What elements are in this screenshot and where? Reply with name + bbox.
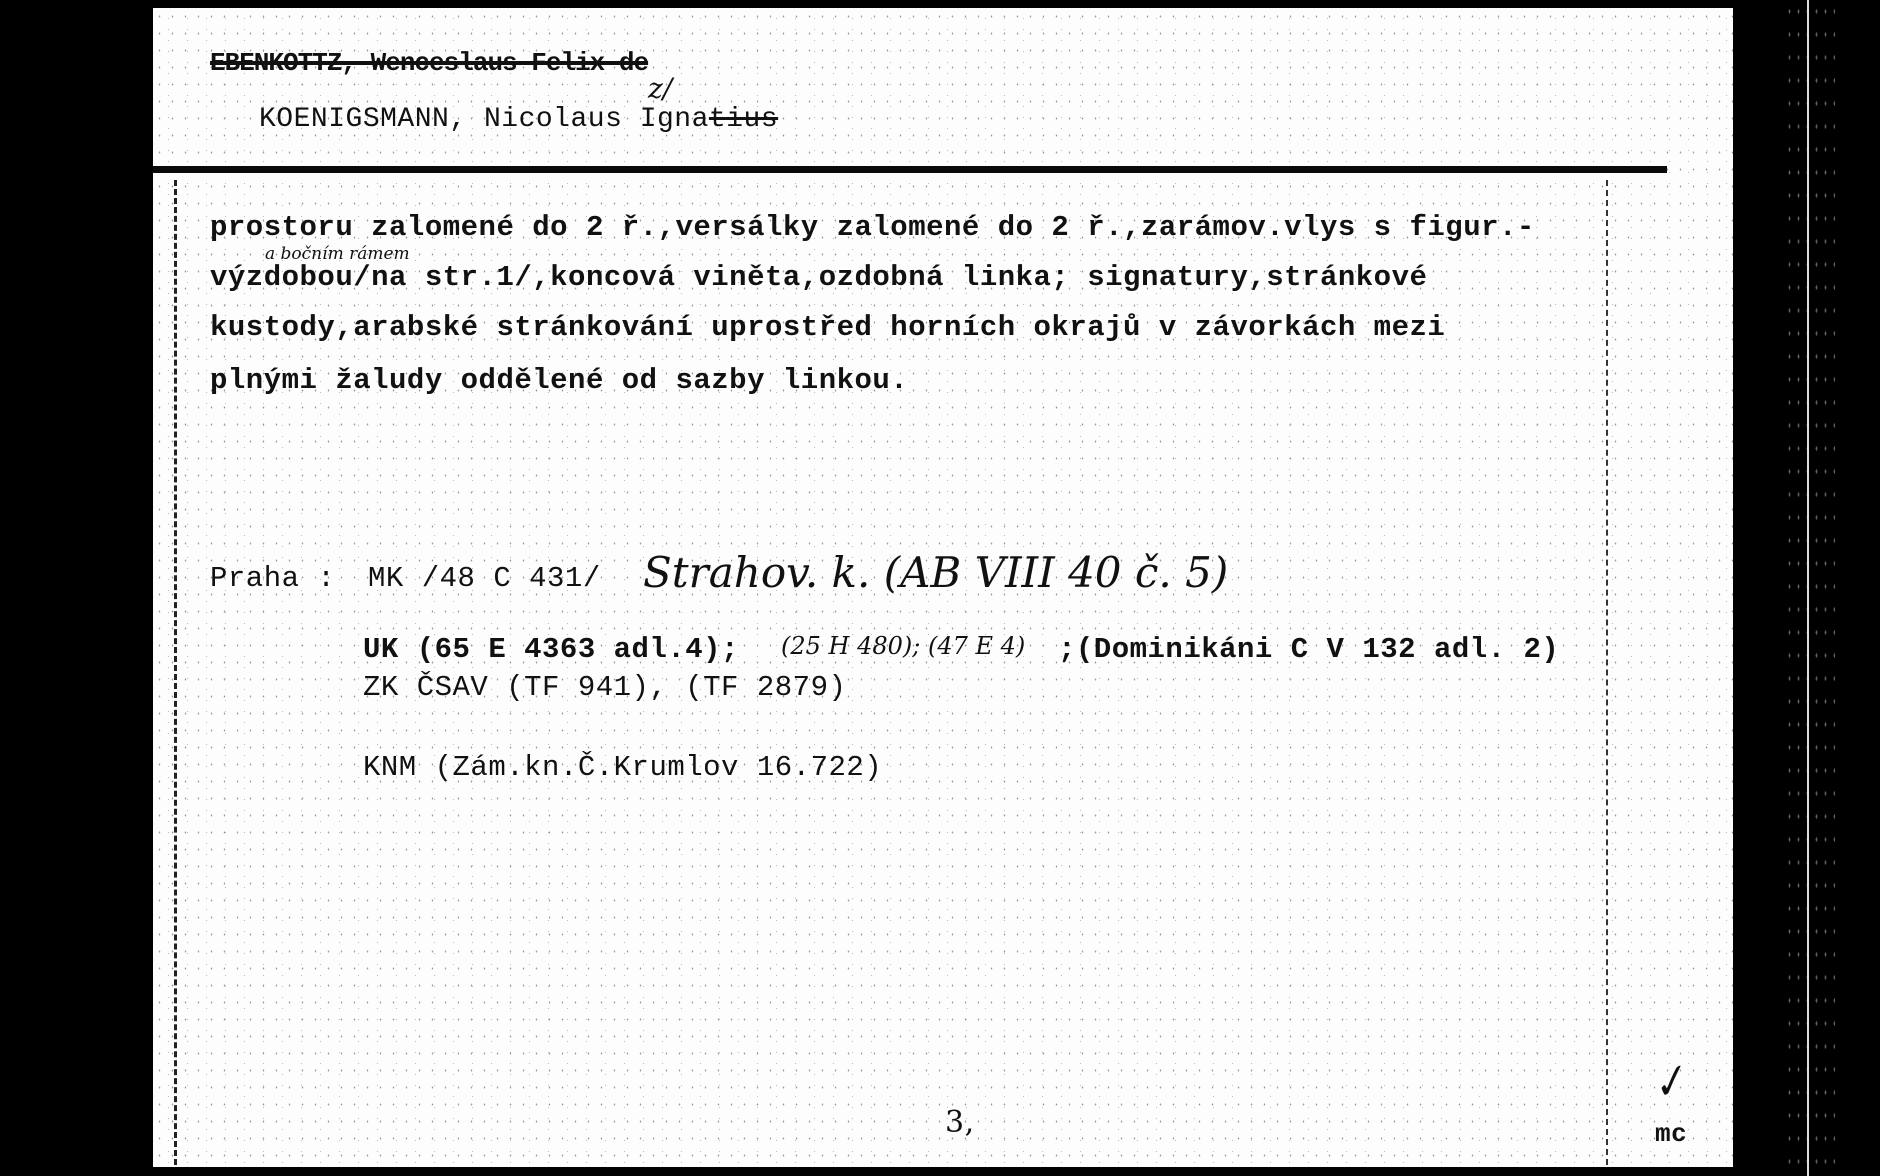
holding-uk: UK (65 E 4363 adl.4); — [363, 635, 739, 664]
scanner-edge-line — [1807, 0, 1809, 1176]
page-number: 3, — [945, 1108, 975, 1138]
left-margin-dashed-line — [174, 180, 177, 1165]
cataloger-initials: mc — [1655, 1121, 1687, 1147]
scanner-edge-noise — [1785, 0, 1835, 1176]
holding-uk-handwritten: (25 H 480); (47 E 4) — [781, 632, 1025, 660]
description-line-2: výzdobou/na str.1/,koncová viněta,ozdobn… — [210, 263, 1427, 292]
heading-struck-suffix: tius — [709, 104, 778, 135]
holding-mk: MK /48 C 431/ — [368, 564, 601, 593]
holdings-city: Praha : — [210, 564, 335, 593]
holding-knm: KNM (Zám.kn.Č.Krumlov 16.722) — [363, 753, 882, 782]
heading-surname: KOENIGSMANN, — [259, 104, 467, 135]
heading-divider — [153, 166, 1667, 173]
holding-zk-csav: ZK ČSAV (TF 941), (TF 2879) — [363, 673, 846, 702]
heading-given-start: Ni — [484, 104, 519, 135]
card-heading: KOENIGSMANN, Nicolaus Ignatius — [259, 106, 778, 134]
heading-inserted-letter: c — [519, 104, 536, 135]
description-line-4: plnými žaludy oddělené od sazby linkou. — [210, 366, 908, 395]
heading-given-rest: olaus Igna — [536, 104, 709, 135]
right-margin-dashed-line — [1606, 180, 1608, 1165]
description-line-3: kustody,arabské stránkování uprostřed ho… — [210, 313, 1445, 342]
handwritten-correction: z/ — [648, 72, 672, 105]
holding-strahov-handwritten: Strahov. k. (AB VIII 40 č. 5) — [643, 548, 1228, 597]
holding-dominikani: ;(Dominikáni C V 132 adl. 2) — [1058, 635, 1559, 664]
struck-out-heading: EBENKOTTZ, Wenceslaus Felix de — [210, 50, 648, 76]
catalog-card: EBENKOTTZ, Wenceslaus Felix de KOENIGSMA… — [153, 8, 1733, 1167]
check-mark-icon: ✓ — [1644, 1053, 1694, 1111]
description-line-1: prostoru zalomené do 2 ř.,versálky zalom… — [210, 213, 1535, 242]
